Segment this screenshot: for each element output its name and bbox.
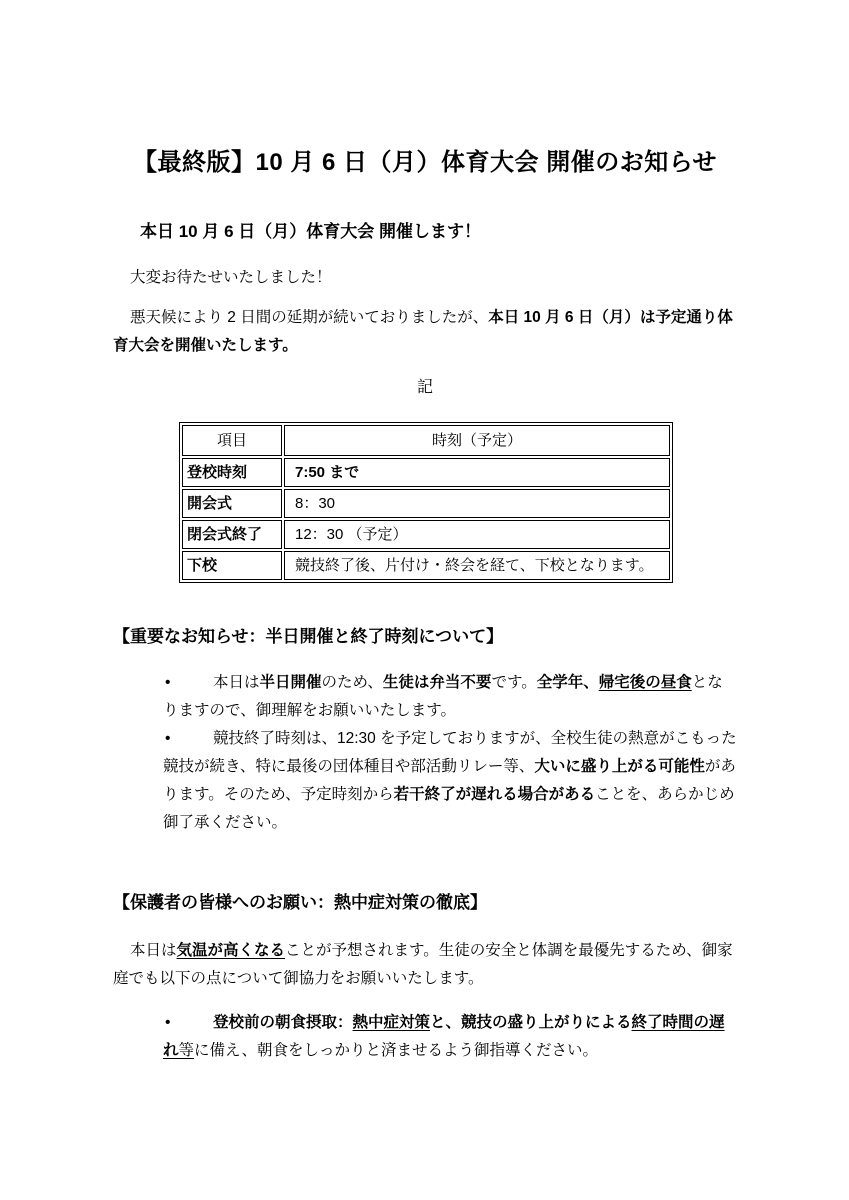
table-row: 下校 競技終了後、片付け・終会を経て、下校となります。 xyxy=(182,551,670,580)
parents-lead-paragraph: 本日は気温が高くなることが予想されます。生徒の安全と体調を最優先するため、御家庭… xyxy=(113,937,737,993)
greeting-paragraph: 大変お待たせいたしました！ xyxy=(113,266,737,290)
doc-title: 【最終版】10 月 6 日（月）体育大会 開催のお知らせ xyxy=(113,146,737,180)
section-heading-important: 【重要なお知らせ：半日開催と終了時刻について】 xyxy=(113,625,737,649)
bullet-icon: • xyxy=(165,1009,170,1037)
row-label: 下校 xyxy=(182,551,282,580)
table-row: 登校時刻 7:50 まで xyxy=(182,458,670,487)
bullet-text: 競技終了時刻は、12:30 を予定しておりますが、全校生徒の熱意がこもった競技が… xyxy=(163,730,737,831)
row-label: 閉会式終了 xyxy=(182,520,282,549)
row-value: 7:50 まで xyxy=(284,458,670,487)
document-content: 【最終版】10 月 6 日（月）体育大会 開催のお知らせ 本日 10 月 6 日… xyxy=(113,0,737,1065)
row-label: 開会式 xyxy=(182,489,282,518)
intro-paragraph: 悪天候により 2 日間の延期が続いておりましたが、本日 10 月 6 日（月）は… xyxy=(113,304,737,360)
table-row: 開会式 8：30 xyxy=(182,489,670,518)
bullet-list-parents: • 登校前の朝食摂取：熱中症対策と、競技の盛り上がりによる終了時間の遅れ等に備え… xyxy=(113,1009,737,1065)
bullet-text: 登校前の朝食摂取：熱中症対策と、競技の盛り上がりによる終了時間の遅れ等に備え、朝… xyxy=(163,1014,725,1059)
bullet-item: • 本日は半日開催のため、生徒は弁当不要です。全学年、帰宅後の昼食となりますので… xyxy=(113,669,737,725)
ki-label: 記 xyxy=(113,376,737,400)
bullet-item: • 登校前の朝食摂取：熱中症対策と、競技の盛り上がりによる終了時間の遅れ等に備え… xyxy=(113,1009,737,1065)
bullet-text: 本日は半日開催のため、生徒は弁当不要です。全学年、帰宅後の昼食となりますので、御… xyxy=(163,674,723,719)
bullet-icon: • xyxy=(165,725,170,753)
bullet-list-important: • 本日は半日開催のため、生徒は弁当不要です。全学年、帰宅後の昼食となりますので… xyxy=(113,669,737,837)
row-label: 登校時刻 xyxy=(182,458,282,487)
row-value: 競技終了後、片付け・終会を経て、下校となります。 xyxy=(284,551,670,580)
schedule-header-row: 項目 時刻（予定） xyxy=(182,425,670,456)
doc-subtitle: 本日 10 月 6 日（月）体育大会 開催します！ xyxy=(140,220,737,244)
row-value: 12：30 （予定） xyxy=(284,520,670,549)
bullet-item: • 競技終了時刻は、12:30 を予定しておりますが、全校生徒の熱意がこもった競… xyxy=(113,725,737,837)
document-page: 【最終版】10 月 6 日（月）体育大会 開催のお知らせ 本日 10 月 6 日… xyxy=(0,0,849,1200)
bullet-icon: • xyxy=(165,669,170,697)
row-value: 8：30 xyxy=(284,489,670,518)
table-row: 閉会式終了 12：30 （予定） xyxy=(182,520,670,549)
header-cell-time: 時刻（予定） xyxy=(284,425,670,456)
section-heading-parents: 【保護者の皆様へのお願い：熱中症対策の徹底】 xyxy=(113,891,737,915)
schedule-table: 項目 時刻（予定） 登校時刻 7:50 まで 開会式 8：30 閉会式終了 12… xyxy=(179,422,673,583)
header-cell-item: 項目 xyxy=(182,425,282,456)
